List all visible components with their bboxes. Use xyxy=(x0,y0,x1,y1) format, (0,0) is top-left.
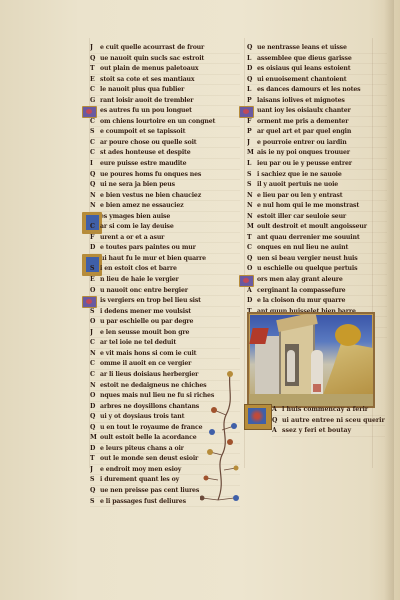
line-text: ue nauoit quin sucls sac estroit xyxy=(100,55,204,62)
line-initial: A xyxy=(272,405,282,415)
line-text: e bien amez ne essauciez xyxy=(100,202,184,209)
line-initial: N xyxy=(247,212,257,222)
figure-idleness xyxy=(287,350,295,382)
verse-line: Lassemblee que dieus garisse xyxy=(247,54,387,65)
line-initial: A xyxy=(272,426,282,436)
verse-line: Qui autre entree ni sceu querir xyxy=(272,416,385,427)
verse-line: Cle nauoit plus qua fublier xyxy=(90,85,240,96)
line-text: e leurs piteus chans a oir xyxy=(100,445,184,452)
line-initial: O xyxy=(90,391,100,401)
line-text: ui haut fu le mur et bien quarre xyxy=(100,255,206,262)
line-text: ue nentrasse leans et uisse xyxy=(257,44,347,51)
verse-line: Les dances damours et les notes xyxy=(247,85,387,96)
line-initial: Q xyxy=(90,412,100,422)
line-text: ais ie ny poi onques trouuer xyxy=(257,149,350,156)
verse-line: Si en estoit clos et barre xyxy=(90,264,240,275)
line-text: e nul hom qui le me monstrast xyxy=(257,202,359,209)
verse-line: Quen si beau vergier neust huis xyxy=(247,254,387,265)
line-text: e cuit quelle acourrast de frour xyxy=(100,44,204,51)
line-text: n lieu de haie le vergier xyxy=(100,276,179,283)
line-text: assemblee que dieus garisse xyxy=(257,55,352,62)
verse-line: Comme il auoit en ce vergier xyxy=(90,359,240,370)
line-initial: S xyxy=(90,497,100,507)
line-initial: J xyxy=(90,43,100,53)
verse-line: Cis vergiers en trop bel lieu sist xyxy=(90,296,240,307)
line-initial: D xyxy=(90,243,100,253)
line-text: rant loisir auoit de trembler xyxy=(100,97,193,104)
line-initial: G xyxy=(90,96,100,106)
line-initial: I xyxy=(90,159,100,169)
verse-line: En lieu de haie le vergier xyxy=(90,275,240,286)
line-text: ors men alay grant aleure xyxy=(257,276,343,283)
line-text: uen si beau vergier neust huis xyxy=(257,255,358,262)
line-text: l huis commencay a ferir xyxy=(282,406,368,413)
verse-line: Je pourroie entrer ou iardin xyxy=(247,138,387,149)
line-initial: C xyxy=(90,359,100,369)
line-text: e bien vestus ne bien chauciez xyxy=(100,192,201,199)
line-text: laisans iolives et mignotes xyxy=(257,97,345,104)
verse-line: Si sachiez que ie ne sauoie xyxy=(247,170,387,181)
verse-line: Je cuit quelle acourrast de frour xyxy=(90,43,240,54)
line-text: il y auoit pertuis ne uoie xyxy=(257,181,338,188)
text-after-miniature: Al huis commencay a ferirQui autre entre… xyxy=(272,405,385,437)
line-text: oult estoit belle la acordance xyxy=(100,434,197,441)
line-text: es oisiaus qui leans estoient xyxy=(257,65,351,72)
line-initial: M xyxy=(90,433,100,443)
line-text: estoit ne dedaigneus ne chiches xyxy=(100,382,206,389)
line-initial: T xyxy=(90,64,100,74)
line-initial: Q xyxy=(90,486,100,496)
verse-line: Car si com ie lay deuise xyxy=(90,222,240,233)
line-initial: D xyxy=(247,296,257,306)
line-text: i en estoit clos et barre xyxy=(100,265,177,272)
verse-line: Ne nul hom qui le me monstrast xyxy=(247,201,387,212)
verse-line: Qui enuoisement chantoient xyxy=(247,75,387,86)
verse-line: Les ymages bien auise xyxy=(90,212,240,223)
verse-line: Quant ioy les oisiaulx chanter xyxy=(247,106,387,117)
line-initial: Q xyxy=(90,170,100,180)
line-initial: T xyxy=(247,233,257,243)
line-text: ui autre entree ni sceu querir xyxy=(282,417,385,424)
line-text: ar quel art et par quel engin xyxy=(257,128,351,135)
line-initial: N xyxy=(90,191,100,201)
line-text: le nauoit plus qua fublier xyxy=(100,86,184,93)
verse-line: Je len seusse mouit bon gre xyxy=(90,328,240,339)
verse-line: Forment me pris a dementer xyxy=(247,117,387,128)
line-text: ar si com ie lay deuise xyxy=(100,223,174,230)
verse-line: Car poure chose ou quelle soit xyxy=(90,138,240,149)
line-initial: J xyxy=(90,465,100,475)
verse-line: Ou nauoit onc entre bergier xyxy=(90,286,240,297)
line-text: eure puisse estre maudite xyxy=(100,160,186,167)
verse-line: Ne lieu par ou len y entrast xyxy=(247,191,387,202)
verse-line: Des oisiaus qui leans estoient xyxy=(247,64,387,75)
line-initial: P xyxy=(247,127,257,137)
verse-line: Ne bien amez ne essauciez xyxy=(90,201,240,212)
verse-line: Com chiens lourtoire en un congnet xyxy=(90,117,240,128)
verse-line: Lors men alay grant aleure xyxy=(247,275,387,286)
line-text: nques mais nul lieu ne fu si riches xyxy=(100,392,214,399)
line-initial: S xyxy=(247,170,257,180)
verse-line: Grant loisir auoit de trembler xyxy=(90,96,240,107)
line-initial: M xyxy=(247,222,257,232)
line-text: u en tout le royaume de france xyxy=(100,424,202,431)
line-text: out plain de menus paletoaux xyxy=(100,65,198,72)
verse-line: Sil y auoit pertuis ne uoie xyxy=(247,180,387,191)
verse-line: Nestoit iller car seuloie seur xyxy=(247,212,387,223)
line-initial: L xyxy=(247,54,257,64)
golden-tree xyxy=(335,324,361,346)
line-text: ssez y feri et boutay xyxy=(282,427,351,434)
line-text: i sachiez que ie ne sauoie xyxy=(257,171,342,178)
line-text: e lieu par ou len y entrast xyxy=(257,192,342,199)
line-initial: C xyxy=(90,370,100,380)
line-text: is vergiers en trop bel lieu sist xyxy=(100,297,201,304)
line-text: st ades honteuse et despite xyxy=(100,149,191,156)
line-initial: Q xyxy=(272,416,282,426)
line-initial: A xyxy=(247,286,257,296)
line-initial: T xyxy=(90,454,100,464)
line-text: cerginant la compassefure xyxy=(257,287,345,294)
line-initial: E xyxy=(90,275,100,285)
line-initial: J xyxy=(247,138,257,148)
line-initial: N xyxy=(90,349,100,359)
line-initial: M xyxy=(247,148,257,158)
line-text: ue nen preisse pas cent liures xyxy=(100,487,199,494)
line-text: u par eschielle ou par degre xyxy=(100,318,193,325)
verse-line: Lieu par ou ie y peusse entrer xyxy=(247,159,387,170)
verse-line: Qui ne sera ja bien peus xyxy=(90,180,240,191)
line-text: estoit iller car seuloie seur xyxy=(257,213,346,220)
verse-line: Tant quau derrenier me souuint xyxy=(247,233,387,244)
verse-line: Ou par eschielle ou par degre xyxy=(90,317,240,328)
verse-line: Al huis commencay a ferir xyxy=(272,405,385,416)
line-text: ui enuoisement chantoient xyxy=(257,76,346,83)
red-roof xyxy=(249,328,268,344)
line-initial: J xyxy=(90,328,100,338)
verse-line: Ne bien vestus ne bien chauciez xyxy=(90,191,240,202)
line-initial: C xyxy=(90,138,100,148)
verse-line: Plaisans iolives et mignotes xyxy=(247,96,387,107)
line-initial: L xyxy=(247,159,257,169)
line-text: e toutes pars paintes ou mur xyxy=(100,244,196,251)
verse-line: Cst ades honteuse et despite xyxy=(90,148,240,159)
line-text: ue poures homs fu onques nes xyxy=(100,171,201,178)
line-text: e coumpoit et se tapissoit xyxy=(100,128,185,135)
line-text: es autres fu un pou longuet xyxy=(100,107,192,114)
line-initial: D xyxy=(90,444,100,454)
line-initial: Q xyxy=(90,54,100,64)
line-text: oult destroit et moult angoisseur xyxy=(257,223,367,230)
line-text: e pourroie entrer ou iardin xyxy=(257,139,347,146)
verse-line: De toutes pars paintes ou mur xyxy=(90,243,240,254)
line-text: ieu par ou ie y peusse entrer xyxy=(257,160,352,167)
verse-line: Ou eschielle ou quelque pertuis xyxy=(247,264,387,275)
line-initial: N xyxy=(90,381,100,391)
vine-border-icon xyxy=(200,370,250,505)
line-initial: P xyxy=(247,96,257,106)
verse-line: Ne vit mais hons si com ie cuit xyxy=(90,349,240,360)
verse-line: Assez y feri et boutay xyxy=(272,426,385,437)
figure-dreamer xyxy=(311,350,323,398)
line-text: u nauoit onc entre bergier xyxy=(100,287,188,294)
line-initial: D xyxy=(247,64,257,74)
verse-line: Qui haut fu le mur et bien quarre xyxy=(90,254,240,265)
right-text-column: Que nentrasse leans et uisseLassemblee q… xyxy=(247,43,387,338)
verse-line: Se coumpoit et se tapissoit xyxy=(90,127,240,138)
line-initial: C xyxy=(90,117,100,127)
line-text: arbres ne doysillons chantans xyxy=(100,403,199,410)
verse-line: Que nentrasse leans et uisse xyxy=(247,43,387,54)
line-initial: Q xyxy=(247,254,257,264)
line-initial: L xyxy=(247,85,257,95)
verse-line: Acerginant la compassefure xyxy=(247,286,387,297)
line-text: urent a or et a asur xyxy=(100,234,164,241)
line-initial: C xyxy=(90,148,100,158)
verse-line: Si dedens mener me voulsist xyxy=(90,307,240,318)
line-initial: O xyxy=(247,264,257,274)
line-text: es ymages bien auise xyxy=(100,213,170,220)
line-text: uant ioy les oisiaulx chanter xyxy=(257,107,351,114)
line-initial: N xyxy=(247,191,257,201)
verse-line: Estoit sa cote et ses mantiaux xyxy=(90,75,240,86)
verse-line: Ieure puisse estre maudite xyxy=(90,159,240,170)
line-text: ant quau derrenier me souuint xyxy=(257,234,360,241)
verse-line: Mais ie ny poi onques trouuer xyxy=(247,148,387,159)
line-text: u eschielle ou quelque pertuis xyxy=(257,265,357,272)
line-initial: E xyxy=(90,75,100,85)
line-initial: Q xyxy=(247,75,257,85)
verse-line: Moult destroit et moult angoisseur xyxy=(247,222,387,233)
manuscript-page: Je cuit quelle acourrast de frourQue nau… xyxy=(0,0,400,600)
line-text: omme il auoit en ce vergier xyxy=(100,360,191,367)
line-text: i durement quant les oy xyxy=(100,476,179,483)
line-text: ar li lieus doisiaus herbergier xyxy=(100,371,198,378)
line-text: ar tel ioie ne tel deduit xyxy=(100,339,176,346)
line-initial: D xyxy=(90,402,100,412)
line-text: e li passages fust deliures xyxy=(100,498,186,505)
line-initial: S xyxy=(90,127,100,137)
line-text: i dedens mener me voulsist xyxy=(100,308,191,315)
line-initial: C xyxy=(90,85,100,95)
verse-line: Conques en nul lieu ne auint xyxy=(247,243,387,254)
line-initial: N xyxy=(247,201,257,211)
line-text: es dances damours et les notes xyxy=(257,86,360,93)
verse-line: Par quel art et par quel engin xyxy=(247,127,387,138)
line-text: e vit mais hons si com ie cuit xyxy=(100,350,196,357)
line-text: ar poure chose ou quelle soit xyxy=(100,139,197,146)
line-initial: S xyxy=(90,307,100,317)
line-text: e len seusse mouit bon gre xyxy=(100,329,189,336)
verse-line: De la cloison du mur quarre xyxy=(247,296,387,307)
line-initial: C xyxy=(90,222,100,232)
verse-line: Tout plain de menus paletoaux xyxy=(90,64,240,75)
line-text: stoit sa cote et ses mantiaux xyxy=(100,76,194,83)
line-text: out le monde sen deust esioir xyxy=(100,455,198,462)
line-initial: C xyxy=(90,338,100,348)
line-initial: Q xyxy=(247,43,257,53)
page-edge-shadow xyxy=(384,0,394,600)
line-initial: O xyxy=(90,317,100,327)
line-initial: F xyxy=(90,233,100,243)
line-initial: S xyxy=(90,475,100,485)
line-text: ui y ot doysiaus trois tant xyxy=(100,413,184,420)
line-initial: S xyxy=(90,264,100,274)
verse-line: Car tel ioie ne tel deduit xyxy=(90,338,240,349)
verse-line: Des autres fu un pou longuet xyxy=(90,106,240,117)
verse-line: Que poures homs fu onques nes xyxy=(90,170,240,181)
line-text: ui ne sera ja bien peus xyxy=(100,181,175,188)
line-initial: F xyxy=(247,117,257,127)
line-initial: O xyxy=(90,286,100,296)
line-text: onques en nul lieu ne auint xyxy=(257,244,348,251)
verse-line: Furent a or et a asur xyxy=(90,233,240,244)
line-initial: Q xyxy=(90,180,100,190)
line-initial: C xyxy=(247,243,257,253)
line-initial: S xyxy=(247,180,257,190)
line-text: e endroit moy men esioy xyxy=(100,466,181,473)
verse-line: Que nauoit quin sucls sac estroit xyxy=(90,54,240,65)
line-initial: N xyxy=(90,201,100,211)
line-initial: Q xyxy=(90,423,100,433)
line-text: e la cloison du mur quarre xyxy=(257,297,345,304)
miniature-painting xyxy=(247,312,375,408)
line-text: orment me pris a dementer xyxy=(257,118,348,125)
line-text: om chiens lourtoire en un congnet xyxy=(100,118,215,125)
